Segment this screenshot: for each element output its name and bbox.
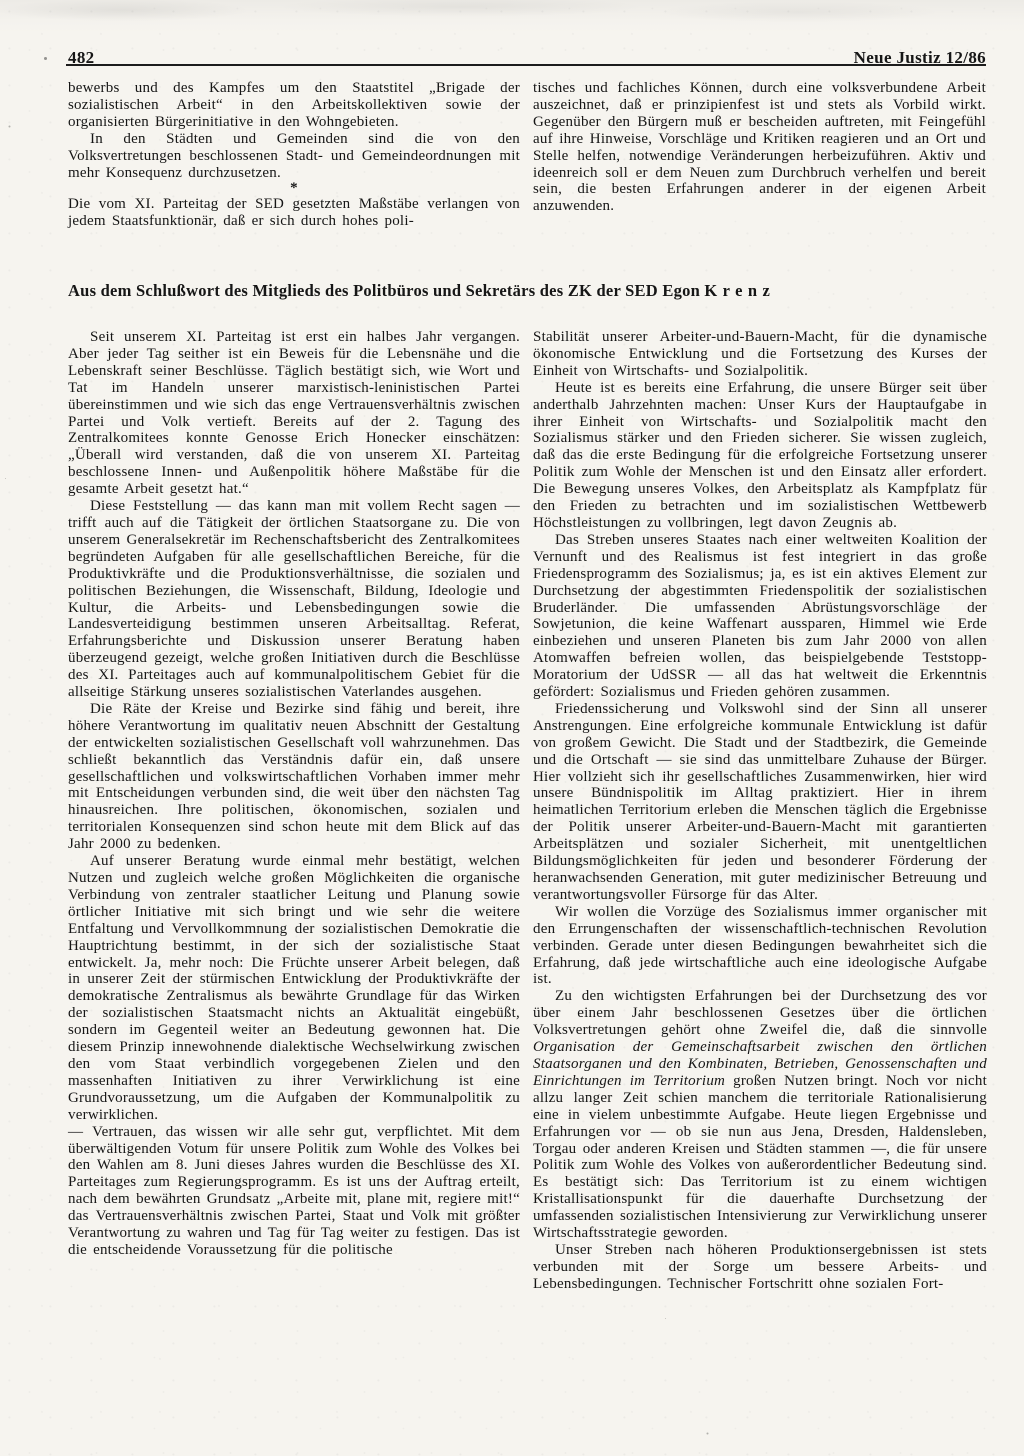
paragraph: Unser Streben nach höheren Produktionser… [533,1242,987,1293]
intro-left-column: bewerbs und des Kampfes um den Staatstit… [68,80,520,230]
scanned-journal-page: 482 Neue Justiz 12/86 bewerbs und des Ka… [0,0,1024,1456]
paragraph: tisches und fachliches Können, durch ein… [533,80,986,215]
paragraph: In den Städten und Gemeinden sind die vo… [68,131,520,182]
body-left-column: Seit unserem XI. Parteitag ist erst ein … [68,329,520,1259]
scan-smudge-band [0,0,1024,34]
paragraph: Auf unserer Beratung wurde einmal mehr b… [68,853,520,1124]
header-rule [66,64,986,66]
paragraph: Seit unserem XI. Parteitag ist erst ein … [68,329,520,498]
section-heading-author: K r e n z [704,281,770,300]
intro-right-column: tisches und fachliches Können, durch ein… [533,80,986,215]
section-heading-text: Aus dem Schlußwort des Mitglieds des Pol… [68,281,704,300]
paragraph: Die vom XI. Parteitag der SED gesetzten … [68,196,520,230]
paragraph: Das Streben unseres Staates nach einer w… [533,532,987,701]
body-right-column: Stabilität unserer Arbeiter-und-Bauern-M… [533,329,987,1293]
paragraph: bewerbs und des Kampfes um den Staatstit… [68,80,520,131]
paragraph: Stabilität unserer Arbeiter-und-Bauern-M… [533,329,987,380]
paragraph: Heute ist es bereits eine Erfahrung, die… [533,380,987,532]
paragraph: Die Räte der Kreise und Bezirke sind fäh… [68,701,520,853]
paragraph: Friedenssicherung und Volkswohl sind der… [533,701,987,904]
paragraph: Wir wollen die Vorzüge des Sozialismus i… [533,904,987,989]
section-heading: Aus dem Schlußwort des Mitglieds des Pol… [68,281,986,301]
scan-speckles [44,57,47,60]
paragraph: Zu den wichtigsten Erfahrungen bei der D… [533,988,987,1242]
paragraph: Diese Feststellung — das kann man mit vo… [68,498,520,701]
paragraph: — Vertrauen, das wissen wir alle sehr gu… [68,1124,520,1259]
section-separator: * [68,181,520,196]
